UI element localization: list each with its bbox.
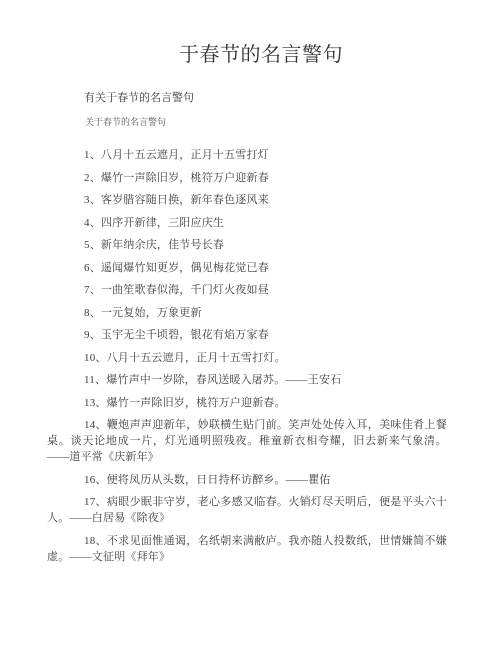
page-title: 于春节的名言警句 (47, 43, 447, 68)
quote-item: 8、一元复始，万象更新 (47, 305, 447, 321)
quote-item: 7、一曲笙歌春似海，千门灯火夜如昼 (47, 282, 447, 298)
quote-item: 5、新年纳余庆，佳节号长春 (47, 237, 447, 253)
quote-item: 18、不求见面惟通谒，名纸朝来满敝庐。我亦随人投数纸，世情嫌简不嫌虚。——文征明… (47, 533, 447, 565)
quote-item: 10、八月十五云遮月，正月十五雪打灯。 (47, 350, 447, 366)
quote-item: 3、客岁腊容随日换，新年春色逐风来 (47, 192, 447, 208)
quote-item: 16、便将凤历从头数，日日持杯访醉乡。——瞿佑 (47, 472, 447, 488)
quote-item: 9、玉宇无尘千顷碧，银花有焰万家春 (47, 327, 447, 343)
quote-item: 2、爆竹一声除旧岁，桃符万户迎新春 (47, 170, 447, 186)
sub-heading: 关于春节的名言警句 (47, 117, 447, 128)
quote-item: 4、四序开新律，三阳应庆生 (47, 215, 447, 231)
quote-item: 1、八月十五云遮月，正月十五雪打灯 (47, 147, 447, 163)
quote-item: 13、爆竹一声除旧岁，桃符万户迎新春。 (47, 395, 447, 411)
document-page: 于春节的名言警句 有关于春节的名言警句 关于春节的名言警句 1、八月十五云遮月，… (0, 0, 500, 647)
quote-list: 1、八月十五云遮月，正月十五雪打灯 2、爆竹一声除旧岁，桃符万户迎新春 3、客岁… (47, 147, 447, 565)
quote-item: 14、鞭炮声声迎新年，妙联横生贴门前。笑声处处传入耳，美味佳肴上餐桌。谈天论地成… (47, 417, 447, 465)
quote-item: 6、遥闻爆竹知更岁，偶见梅花觉已春 (47, 260, 447, 276)
quote-item: 11、爆竹声中一岁除，春风送暖入屠苏。——王安石 (47, 372, 447, 388)
section-heading: 有关于春节的名言警句 (47, 92, 447, 105)
quote-item: 17、病眼少眠非守岁，老心多感又临春。火销灯尽天明后，便是平头六十人。——白居易… (47, 494, 447, 526)
